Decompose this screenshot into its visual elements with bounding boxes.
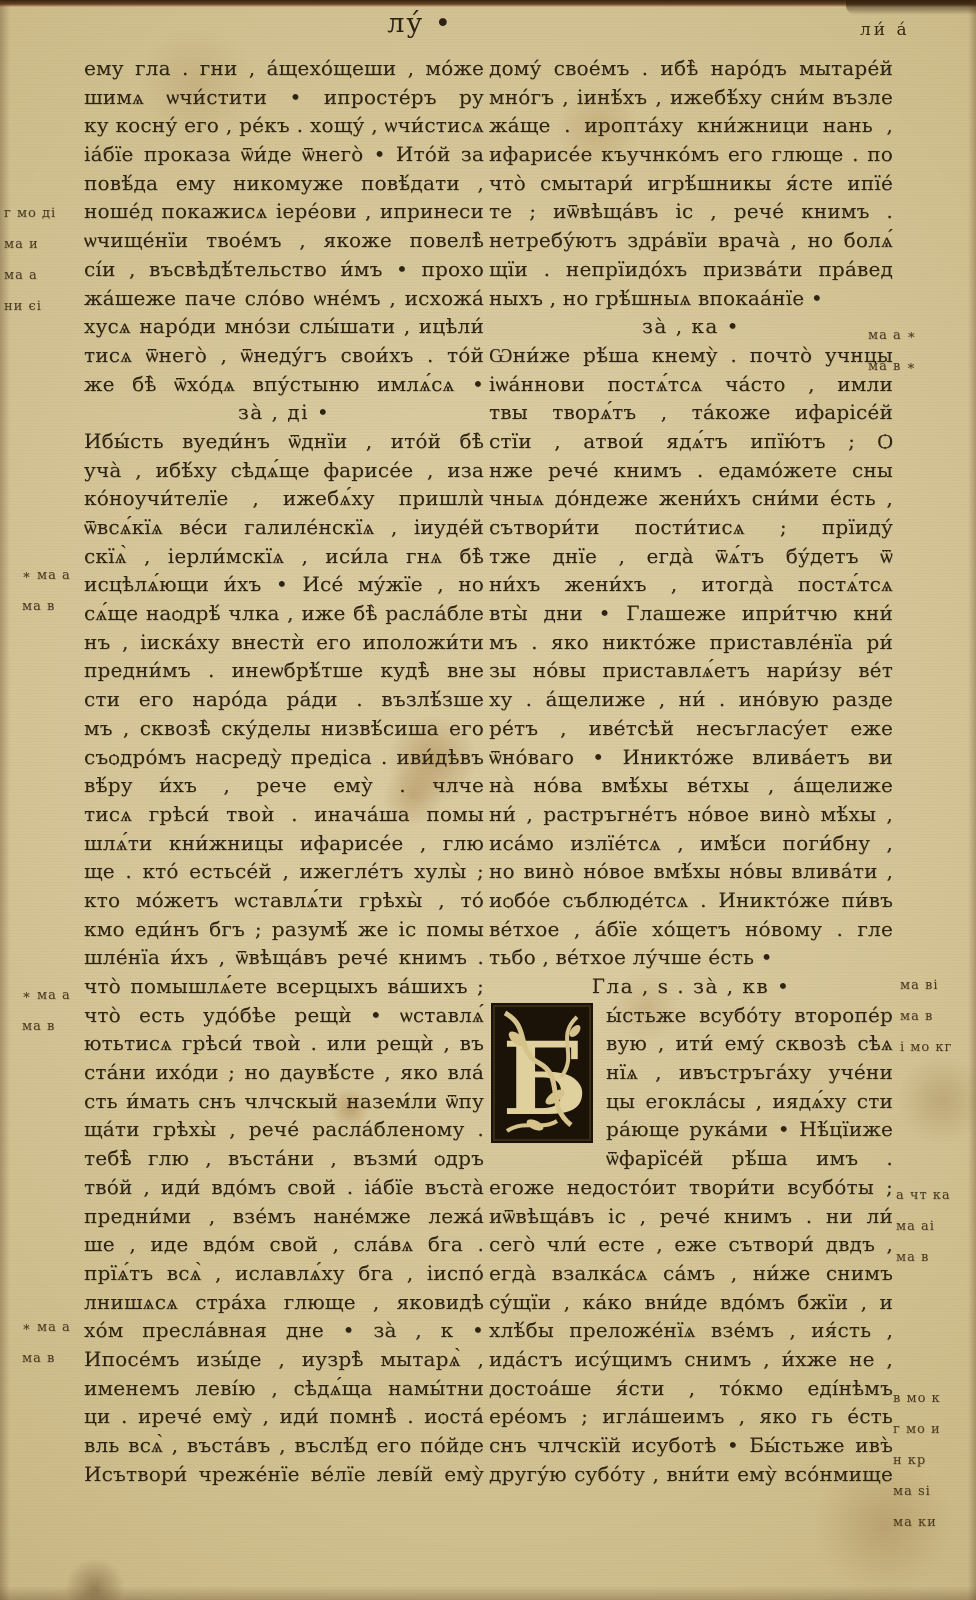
text-line: на̀ но́ва вмѣ́хы ве́тхы , а́щелиже — [489, 771, 893, 800]
margin-note-row: г мо ді — [4, 198, 56, 229]
text-line: зы но́вы приставлѧ́етъ нари́зу ве́т — [489, 656, 893, 685]
text-line: ци . ирече́ ему̀ , иди́ помнѣ̀ . иѻста́ — [84, 1402, 484, 1431]
text-line: шле́нїа и́хъ , ѿвѣща́въ рече́ книмъ . — [84, 943, 484, 972]
text-line: шлѧ́ти кни́жницы ифарисе́е , глю — [84, 829, 484, 858]
page-bottom-edge-shadow — [0, 1586, 976, 1600]
page-top-edge-shadow — [0, 0, 976, 7]
text-line: скїѧ̀ , іерли́мскїѧ , иси́ла гнѧ бѣ̀ — [84, 542, 484, 571]
text-line: ѡчище́нїи твое́мъ , якоже повелѣ̀ мѡѵ — [84, 226, 484, 255]
text-line: ще . кто́ естьсе́й , ижегле́тъ хулы̀ ; — [84, 857, 484, 886]
folio-corner-mark: ли́ а́ — [860, 20, 960, 40]
text-line: те ; иѿвѣща́въ іс , рече́ книмъ . — [489, 197, 893, 226]
text-line: ше , иде вдо́м свой , сла́вѧ бга . иу́жа… — [84, 1230, 484, 1259]
text-line: ху . а́щелиже , ни́ . ино́вую разде — [489, 685, 893, 714]
text-line: тисѧ грѣси́ твоѝ . инача́ша помы — [84, 800, 484, 829]
text-line: Ибы́сть вуеди́нъ ѿднїи , ито́й бѣ̀ — [84, 427, 484, 456]
text-line: кто мо́жетъ ѡставлѧ́ти грѣхы̀ , то́ — [84, 886, 484, 915]
margin-note-row: н кр — [893, 1445, 941, 1476]
text-line: исцѣлѧ́ющи и́хъ • Исе́ му́жїе , но — [84, 570, 484, 599]
text-line: мъ . яко никто́же приставле́нїа ри́ — [489, 628, 893, 657]
margin-note-group-right: ма віма ві мо кг — [900, 970, 952, 1063]
text-line: іа́бїе проказа ѿи́де ѿнего̀ • Ито́й за — [84, 140, 484, 169]
margin-note-row: ∗ ма а — [22, 560, 71, 591]
text-line: съѻдро́мъ насреду̀ предіса . иви́дѣвъ — [84, 743, 484, 772]
text-line: вль всѧ̀ , въста́въ , въслѣ́д его по́йде… — [84, 1431, 484, 1460]
text-line: ы́стьже всубо́ту второпе́р — [606, 1001, 893, 1030]
text-line: ныхъ , но грѣ́шныѧ впокаа́нїе • — [489, 284, 893, 313]
text-line: ютьтисѧ грѣси́ твоѝ . или рещѝ , въ — [84, 1029, 484, 1058]
text-line: жа́шеже паче сло́во ѡне́мъ , исхожа́ — [84, 284, 484, 313]
text-line: вую , ити́ ему́ сквозѣ сѣѧ — [606, 1029, 893, 1058]
text-line: жа́ще . иропта́ху кни́жници нань , — [489, 111, 893, 140]
text-line: ѿно́ваго • Иникто́же влива́етъ ви — [489, 743, 893, 772]
text-line: сего̀ чли́ есте , еже сътвори́ двдъ , — [489, 1230, 893, 1259]
text-line: нже рече́ книмъ . едамо́жете сны бра́ — [489, 456, 893, 485]
margin-note-row: в мо к — [893, 1383, 941, 1414]
text-line: хусѧ наро́ди мно́зи слы́шати , ицѣли́ — [84, 312, 484, 341]
text-line: нетребу́ютъ здра́вїи врача̀ , но болѧ́ — [489, 226, 893, 255]
text-line: ноше́д покажисѧ іере́ови , ипринеси ѡ — [84, 197, 484, 226]
text-line: ре́тъ , иве́тсѣй несъгласу́ет еже — [489, 714, 893, 743]
margin-note-group-right: а чт кама аіма в — [896, 1180, 951, 1273]
margin-note-row: г мо и — [893, 1414, 941, 1445]
text-line: хо́м пресла́вная дне • за̀ , к • — [84, 1316, 484, 1345]
text-line: предни́мъ . инеѡбрѣ́тше кудѣ̀ вне — [84, 656, 484, 685]
margin-note-row: ма в — [900, 1001, 952, 1032]
text-line: тво́й , иди́ вдо́мъ свой . іа́бїе въста̀ — [84, 1173, 484, 1202]
text-line: прїѧ́тъ всѧ̀ , иславлѧ́ху бга , іиспо́ — [84, 1259, 484, 1288]
text-line: ста́ни ихо́ди ; но даувѣ́сте , яко вла́ — [84, 1058, 484, 1087]
text-line: ра́юще рука́ми • Нѣ́цїиже — [606, 1115, 893, 1144]
text-line: вты̀ дни • Глашеже ипри́тчю кни́ — [489, 599, 893, 628]
text-line: ему гла . гни , а́щехо́щеши , мо́же — [84, 54, 484, 83]
margin-note-row: ма ки — [893, 1507, 941, 1538]
drop-cap-woodcut: Б — [491, 1003, 593, 1143]
text-line: стїи , атвои́ ядѧ́тъ ипїю́тъ ; Ѻ — [489, 427, 893, 456]
book-page-scan: { "header": { "folio_number": "лу́ •", "… — [0, 0, 976, 1600]
margin-note-row: ма ві — [900, 970, 952, 1001]
text-line: иѿвѣща́въ іс , рече́ книмъ . ни ли́ — [489, 1202, 893, 1231]
text-line: достоа́ше я́сти , то́кмо еді́нѣмъ — [489, 1374, 893, 1403]
margin-note-row: а чт ка — [896, 1180, 951, 1211]
text-line: ни́хъ жени́хъ , итогда̀ постѧ́тсѧ — [489, 570, 893, 599]
drop-cap-initial: Б — [491, 1003, 593, 1143]
text-line: тисѧ ѿнего̀ , ѿнеду́гъ свои́хъ . то́й — [84, 341, 484, 370]
text-line: ѿвсѧ́кїѧ ве́си галиле́нскїѧ , іиуде́й — [84, 513, 484, 542]
text-line: тьбо , ве́тхое лу́чше е́сть • — [489, 943, 893, 972]
margin-note-row: ма в — [22, 591, 71, 622]
text-line: сѧ́ще наѻдрѣ́ члка , иже бѣ̀ расла́бле — [84, 599, 484, 628]
margin-note-row: ∗ ма а — [22, 980, 71, 1011]
text-line: кмо еди́нъ бгъ ; разумѣ́ же іс помы — [84, 915, 484, 944]
text-line: цы егокла́сы , иядѧ́ху сти — [606, 1087, 893, 1116]
margin-note-row: ма а ∗ — [868, 320, 917, 351]
margin-note-row: ма а — [4, 260, 56, 291]
margin-note-row: ∗ ма а — [22, 1312, 71, 1343]
margin-note-group-right: ма а ∗ма в ∗ — [868, 320, 917, 382]
text-line: ку косну́ его , ре́къ . хощу́ , ѡчи́стис… — [84, 111, 484, 140]
page-top-right-edge-shadow — [846, 0, 976, 15]
text-line: Ипосе́мъ изы́де , иузрѣ̀ мытарѧ̀ , — [84, 1345, 484, 1374]
text-line: сътвори́ти пости́тисѧ ; прїиду́ — [489, 513, 893, 542]
text-line: хлѣ́бы преложе́нїѧ взе́мъ , ия́сть , — [489, 1316, 893, 1345]
text-line: чныѧ до́ндеже жени́хъ сни́ми е́сть , — [489, 484, 893, 513]
text-line: ве́тхое , а́бїе хо́щетъ но́вому . гле — [489, 915, 893, 944]
text-line: тже днїе , егда̀ ѿѧ́тъ бу́детъ ѿ — [489, 542, 893, 571]
section-heading: за̀ , ді • — [84, 398, 484, 427]
section-heading: Гла , ѕ . за̀ , кв • — [489, 972, 893, 1001]
page-right-edge-shadow — [968, 0, 976, 1600]
text-line: ща́ти грѣхы̀ , рече́ расла́бленому . — [84, 1115, 484, 1144]
text-line: иса́мо излїе́тсѧ , имѣ́си поги́бну , — [489, 829, 893, 858]
margin-note-row: ма в ∗ — [868, 351, 917, 382]
margin-note-row: ма в — [22, 1343, 71, 1374]
text-line: иѻбо́е съблюде́тсѧ . Иникто́же пи́въ — [489, 886, 893, 915]
margin-note-row: ма ѕі — [893, 1476, 941, 1507]
text-line: снъ члчскїй исуботѣ • Бы́стьже ивъ̀ — [489, 1431, 893, 1460]
text-line: же бѣ̀ ѿхо́дѧ впу́стыню имлѧ́сѧ • — [84, 370, 484, 399]
text-line: су́щїи , ка́ко вни́де вдо́мъ бжїи , и — [489, 1288, 893, 1317]
text-line: уча̀ , ибѣ́ху сѣдѧ́ще фарисе́е , иза — [84, 456, 484, 485]
text-line: Исътвори́ чреже́нїе ве́лїе леві́й ему̀ в… — [84, 1460, 484, 1489]
text-line: повѣ́да ему никомуже повѣ́дати , — [84, 169, 484, 198]
text-line: сі́и , въсвѣдѣ́тельство и́мъ • прохо — [84, 255, 484, 284]
text-line: именемъ леві́ю , сѣдѧ́ща намы́тни — [84, 1374, 484, 1403]
section-heading: за̀ , ка • — [489, 312, 893, 341]
text-line: нїѧ , ивъстръга́ху уче́ни — [606, 1058, 893, 1087]
margin-note-group-left: ∗ ма ама в — [22, 980, 71, 1042]
margin-note-row: ма в — [22, 1011, 71, 1042]
margin-note-row: ни єі — [4, 291, 56, 322]
margin-note-row: ма аі — [896, 1211, 951, 1242]
text-line: вѣ́ру и́хъ , рече ему̀ . члче ѡста́влѧют — [84, 771, 484, 800]
margin-note-row: ма в — [896, 1242, 951, 1273]
running-title-folio: лу́ • — [330, 8, 510, 39]
text-line: шимѧ ѡчи́стити • ипросте́ръ ру — [84, 83, 484, 112]
text-line: сть и́мать снъ члчскый назем́ли ѿпу — [84, 1087, 484, 1116]
text-line: ко́ноучи́телїе , ижебѧ́ху пришлѝ — [84, 484, 484, 513]
text-line: другу́ю субо́ту , вни́ти ему̀ всо́нмище … — [489, 1460, 893, 1489]
text-line: что̀ есть удо́бѣе рещѝ • ѡставлѧ́ — [84, 1001, 484, 1030]
text-column-left: ему гла . гни , а́щехо́щеши , мо́жешимѧ … — [84, 54, 484, 1488]
text-line: ѿфарїсе́й рѣ́ша имъ . что̀творите́ , — [606, 1144, 893, 1173]
text-line: мно́гъ , іинѣ́хъ , ижебѣ́ху сни́м възле — [489, 83, 893, 112]
margin-note-group-left: ∗ ма ама в — [22, 560, 71, 622]
text-line: лнишѧсѧ стра́ха глюще , яковидѣ — [84, 1288, 484, 1317]
text-line: Ѡни́же рѣ́ша кнему̀ . почто̀ учнцы — [489, 341, 893, 370]
text-line: ида́стъ ису́щимъ снимъ , и́хже не , — [489, 1345, 893, 1374]
text-line: что̀ смытари́ игрѣ́шникы я́сте ипїе́ — [489, 169, 893, 198]
text-line: предни́ми , взе́мъ нане́мже лежа́ — [84, 1202, 484, 1231]
text-line: тебѣ̀ глю , въста́ни , възми́ ѻдръ — [84, 1144, 484, 1173]
text-line: дому́ свое́мъ . ибѣ̀ наро́дъ мытаре́й — [489, 54, 893, 83]
text-line: твы творѧ́тъ , та́коже ифарісе́й — [489, 398, 893, 427]
text-column-right: дому́ свое́мъ . ибѣ̀ наро́дъ мытаре́ймно… — [489, 54, 893, 1488]
text-line: нъ , іиска́ху внестѝ его иположи́ти — [84, 628, 484, 657]
text-line: щїи . непрїидо́хъ призва́ти пра́вед — [489, 255, 893, 284]
text-line: іѡа́ннови постѧ́тсѧ ча́сто , имли — [489, 370, 893, 399]
margin-note-group-left: г мо діма има ани єі — [4, 198, 56, 322]
text-line: ифарисе́е къучнко́мъ его глюще . по — [489, 140, 893, 169]
text-line: егоже недосто́ит твори́ти всубо́ты ; — [489, 1173, 893, 1202]
margin-note-row: і мо кг — [900, 1032, 952, 1063]
margin-note-group-left: ∗ ма ама в — [22, 1312, 71, 1374]
margin-note-group-right: в мо кг мо ин крма ѕіма ки — [893, 1383, 941, 1538]
text-line: сти его наро́да ра́ди . възлѣ́зше на́хра — [84, 685, 484, 714]
margin-note-row: ма и — [4, 229, 56, 260]
text-line: но вино̀ но́вое вмѣ́хы но́вы влива́ти , — [489, 857, 893, 886]
text-line: что̀ помышлѧ́ете всерцыхъ ва́шихъ ; — [84, 972, 484, 1001]
text-line: мъ , сквозѣ̀ ску́делы низвѣ́сиша его — [84, 714, 484, 743]
text-line: ере́омъ ; игла́шеимъ , яко гь е́сть — [489, 1402, 893, 1431]
text-line: егда̀ взалка́сѧ са́мъ , ни́же снимъ — [489, 1259, 893, 1288]
text-line: ни́ , растръгне́тъ но́вое вино̀ мѣ́хы , — [489, 800, 893, 829]
